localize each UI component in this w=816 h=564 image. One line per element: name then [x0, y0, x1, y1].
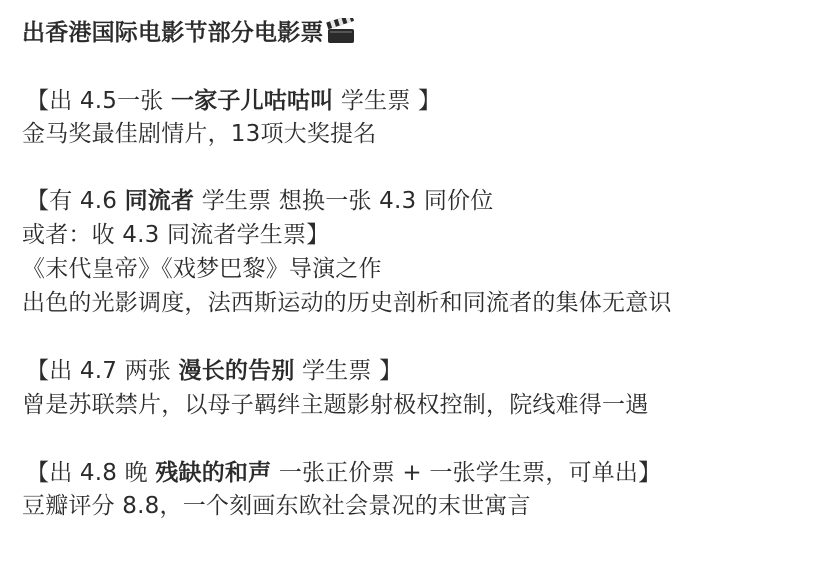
listing-description: 出色的光影调度，法西斯运动的历史剖析和同流者的集体无意识 [22, 288, 672, 318]
listing-prefix: 【出 4.8 晚 [26, 460, 155, 486]
listing-header-2: 【有 4.6 同流者 学生票 想换一张 4.3 同价位 [26, 186, 493, 216]
listing-description: 曾是苏联禁片，以母子羁绊主题影射极权控制，院线难得一遇 [22, 390, 648, 420]
listing-description: 豆瓣评分 8.8，一个刻画东欧社会景况的末世寓言 [22, 491, 531, 521]
listing-prefix: 【出 4.7 两张 [26, 358, 179, 384]
listing-header-1: 【出 4.5一张 一家子儿咕咕叫 学生票 】 [26, 86, 441, 116]
post-title-text: 出香港国际电影节部分电影票 [22, 20, 324, 46]
listing-description: 或者：收 4.3 同流者学生票】 [22, 220, 329, 250]
listing-description: 《末代皇帝》《戏梦巴黎》导演之作 [22, 254, 382, 284]
clapper-board-icon [326, 18, 356, 52]
listing-header-4: 【出 4.8 晚 残缺的和声 一张正价票 + 一张学生票，可单出】 [26, 458, 661, 488]
listing-suffix: 学生票 】 [295, 358, 403, 384]
listing-header-3: 【出 4.7 两张 漫长的告别 学生票 】 [26, 356, 402, 386]
listing-prefix: 【出 4.5一张 [26, 88, 171, 114]
listing-prefix: 【有 4.6 [26, 188, 125, 214]
listing-suffix: 学生票 】 [333, 88, 441, 114]
film-title: 一家子儿咕咕叫 [171, 88, 333, 114]
post-title: 出香港国际电影节部分电影票 [22, 18, 356, 52]
film-title: 漫长的告别 [179, 358, 295, 384]
listing-suffix: 一张正价票 + 一张学生票，可单出】 [271, 460, 661, 486]
film-title: 同流者 [125, 188, 195, 214]
film-title: 残缺的和声 [155, 460, 271, 486]
listing-suffix: 学生票 想换一张 4.3 同价位 [194, 188, 493, 214]
listing-description: 金马奖最佳剧情片，13项大奖提名 [22, 119, 376, 149]
